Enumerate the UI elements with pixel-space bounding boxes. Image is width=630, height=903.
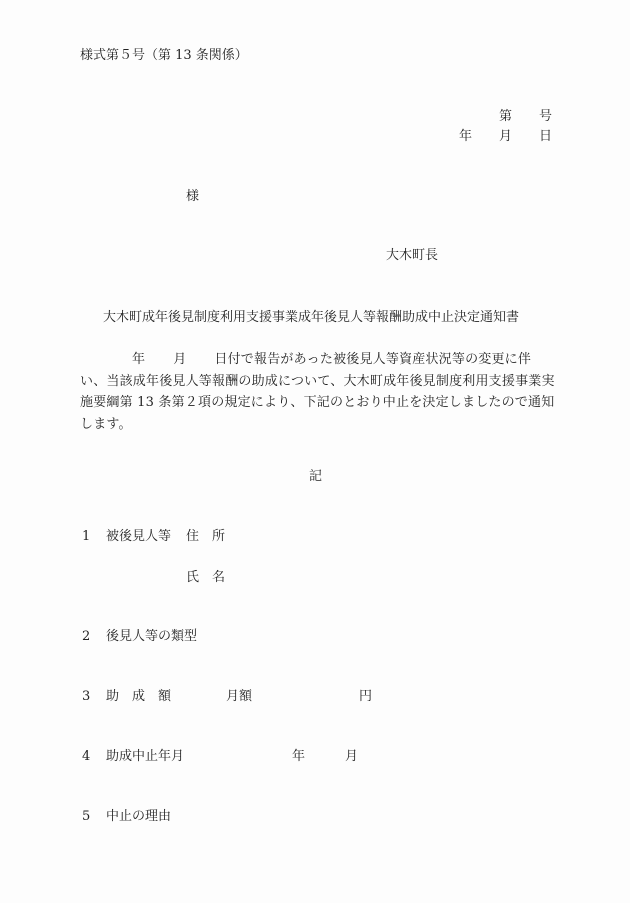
item-3-number: 3 xyxy=(82,689,90,705)
document-title: 大木町成年後見制度利用支援事業成年後見人等報酬助成中止決定通知書 xyxy=(103,310,519,326)
body-date-year: 年 xyxy=(132,352,145,367)
doc-number-dai: 第 xyxy=(499,109,512,125)
body-date-month: 月 xyxy=(173,352,186,367)
item-2-number: 2 xyxy=(82,629,90,645)
item-3-label: 助 成 額 xyxy=(106,689,171,705)
item-1-address-label: 住 所 xyxy=(186,529,225,545)
date-year: 年 xyxy=(459,129,472,145)
addressee-suffix: 様 xyxy=(186,189,199,205)
body-text: 日付で報告があった被後見人等資産状況等の変更に伴い、当該成年後見人等報酬の助成に… xyxy=(80,352,555,432)
item-1-number: 1 xyxy=(82,529,90,545)
item-3-yen-label: 円 xyxy=(359,689,372,705)
ki-heading: 記 xyxy=(309,469,322,485)
body-paragraph: 年月日付で報告があった被後見人等資産状況等の変更に伴い、当該成年後見人等報酬の助… xyxy=(80,349,555,435)
item-3-monthly-label: 月額 xyxy=(226,689,252,705)
item-2-label: 後見人等の類型 xyxy=(106,629,197,645)
item-1-name-label: 氏 名 xyxy=(186,570,225,586)
item-4-year-label: 年 xyxy=(292,749,305,765)
item-4-month-label: 月 xyxy=(345,749,358,765)
item-4-label: 助成中止年月 xyxy=(106,749,184,765)
item-1-label: 被後見人等 xyxy=(106,529,171,545)
date-month: 月 xyxy=(499,129,512,145)
issuer: 大木町長 xyxy=(386,248,438,264)
item-5-number: 5 xyxy=(82,809,90,825)
form-label: 様式第５号（第 13 条関係） xyxy=(80,48,248,64)
item-5-label: 中止の理由 xyxy=(106,809,171,825)
item-4-number: 4 xyxy=(82,749,90,765)
doc-number-go: 号 xyxy=(539,109,552,125)
date-day: 日 xyxy=(539,129,552,145)
